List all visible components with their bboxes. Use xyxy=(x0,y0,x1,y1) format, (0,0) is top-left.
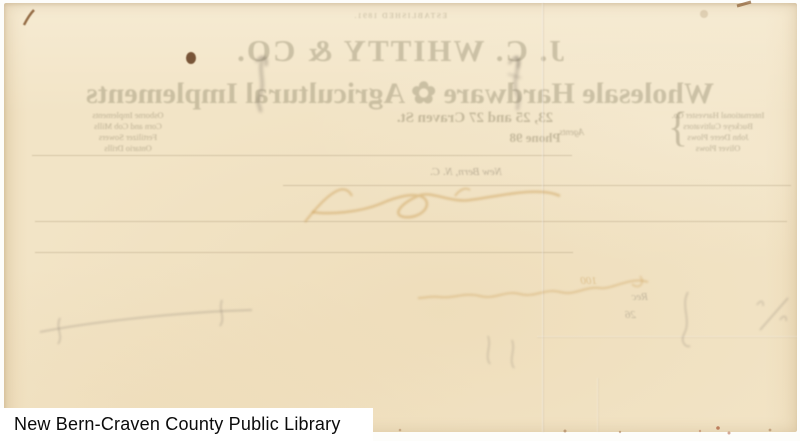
pencil-marks xyxy=(40,292,788,368)
library-caption-text: New Bern-Craven County Public Library xyxy=(0,414,341,435)
library-caption-bar: New Bern-Craven County Public Library xyxy=(0,408,373,441)
gray-smudge-right xyxy=(508,56,521,110)
ghost-signature-script xyxy=(305,189,560,222)
gray-smudge-left xyxy=(256,57,266,112)
faint-spot xyxy=(700,10,708,18)
bottom-edge-specks xyxy=(399,426,772,434)
pen-mark-top-left xyxy=(24,10,34,25)
pen-mark-top-right xyxy=(737,2,751,6)
ghost-handwriting-scrawl xyxy=(418,276,648,298)
brown-spot-stain xyxy=(186,52,196,64)
scanned-document-image: ESTABLISHED 1891. J. C. WHITTY & CO. Who… xyxy=(0,0,800,441)
stains-and-handwriting-overlay xyxy=(0,0,800,441)
